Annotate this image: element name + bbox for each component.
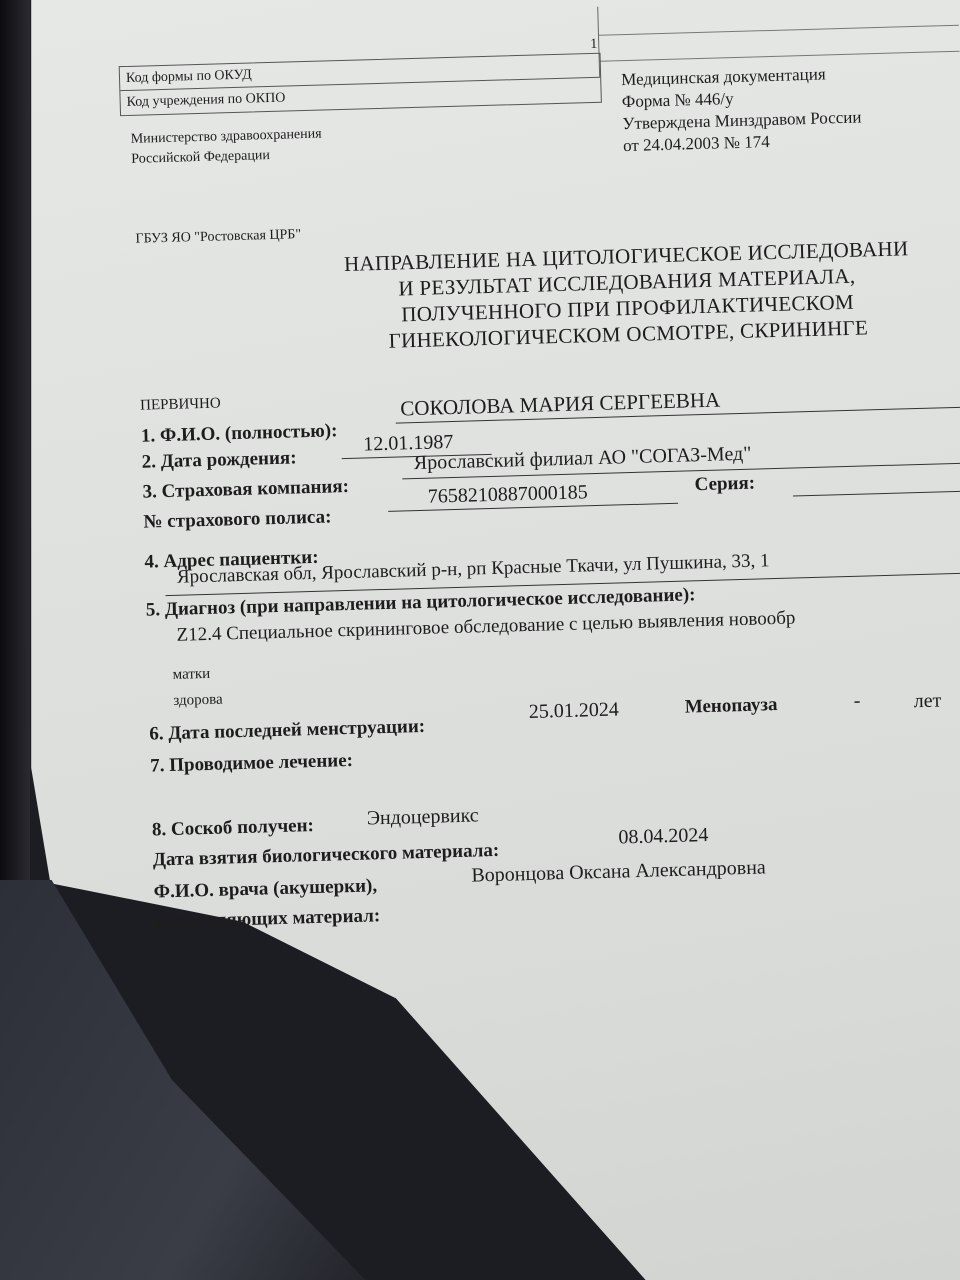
last-menstruation-value: 25.01.2024 (529, 698, 620, 724)
doctor-label-line2: направляющих материал: (154, 905, 380, 933)
birth-date-label: 2. Дата рождения: (141, 447, 296, 473)
form-446u: Код формы по ОКУД Код учреждения по ОКПО… (0, 0, 960, 1280)
okud-okpo-box: Код формы по ОКУД Код учреждения по ОКПО (119, 53, 602, 116)
diagnosis-line3: здорова (173, 692, 223, 710)
institution-name: ГБУЗ ЯО "Ростовская ЦРБ" (135, 227, 301, 248)
ministry-line2: Российской Федерации (131, 148, 270, 168)
collection-date-value: 08.04.2024 (618, 824, 709, 850)
menopause-unit: лет (913, 689, 941, 713)
visit-type: ПЕРВИЧНО (140, 395, 221, 414)
insurance-label: 3. Страховая компания: (142, 476, 349, 504)
last-menstruation-label: 6. Дата последней менструации: (149, 716, 425, 746)
menopause-label: Менопауза (684, 694, 777, 719)
doc-type: Медицинская документация (621, 64, 826, 90)
okud-cell-value: 1 (590, 37, 597, 53)
doctor-value: Воронцова Оксана Александровна (471, 856, 766, 887)
treatment-label: 7. Проводимое лечение: (150, 750, 353, 778)
smear-source-label: 8. Соскоб получен: (152, 815, 314, 842)
fio-value: СОКОЛОВА МАРИЯ СЕРГЕЕВНА (400, 388, 720, 422)
doctor-label-line1: Ф.И.О. врача (акушерки), (153, 875, 377, 903)
ministry-line1: Министерство здравоохранения (131, 127, 322, 148)
collection-date-label: Дата взятия биологического материала: (153, 840, 500, 872)
fio-label: 1. Ф.И.О. (полностью): (141, 420, 338, 447)
approved-by: Утверждена Минздравом России (622, 107, 861, 134)
series-label: Серия: (694, 473, 755, 497)
diagnosis-line2: матки (172, 666, 210, 684)
smear-source-value: Эндоцервикс (366, 804, 479, 830)
approved-date: от 24.04.2003 № 174 (623, 132, 770, 156)
policy-value: 7658210887000185 (428, 481, 589, 508)
menopause-value: - (853, 690, 860, 713)
form-number: Форма № 446/у (622, 89, 734, 112)
policy-label: № страхового полиса: (143, 506, 332, 533)
